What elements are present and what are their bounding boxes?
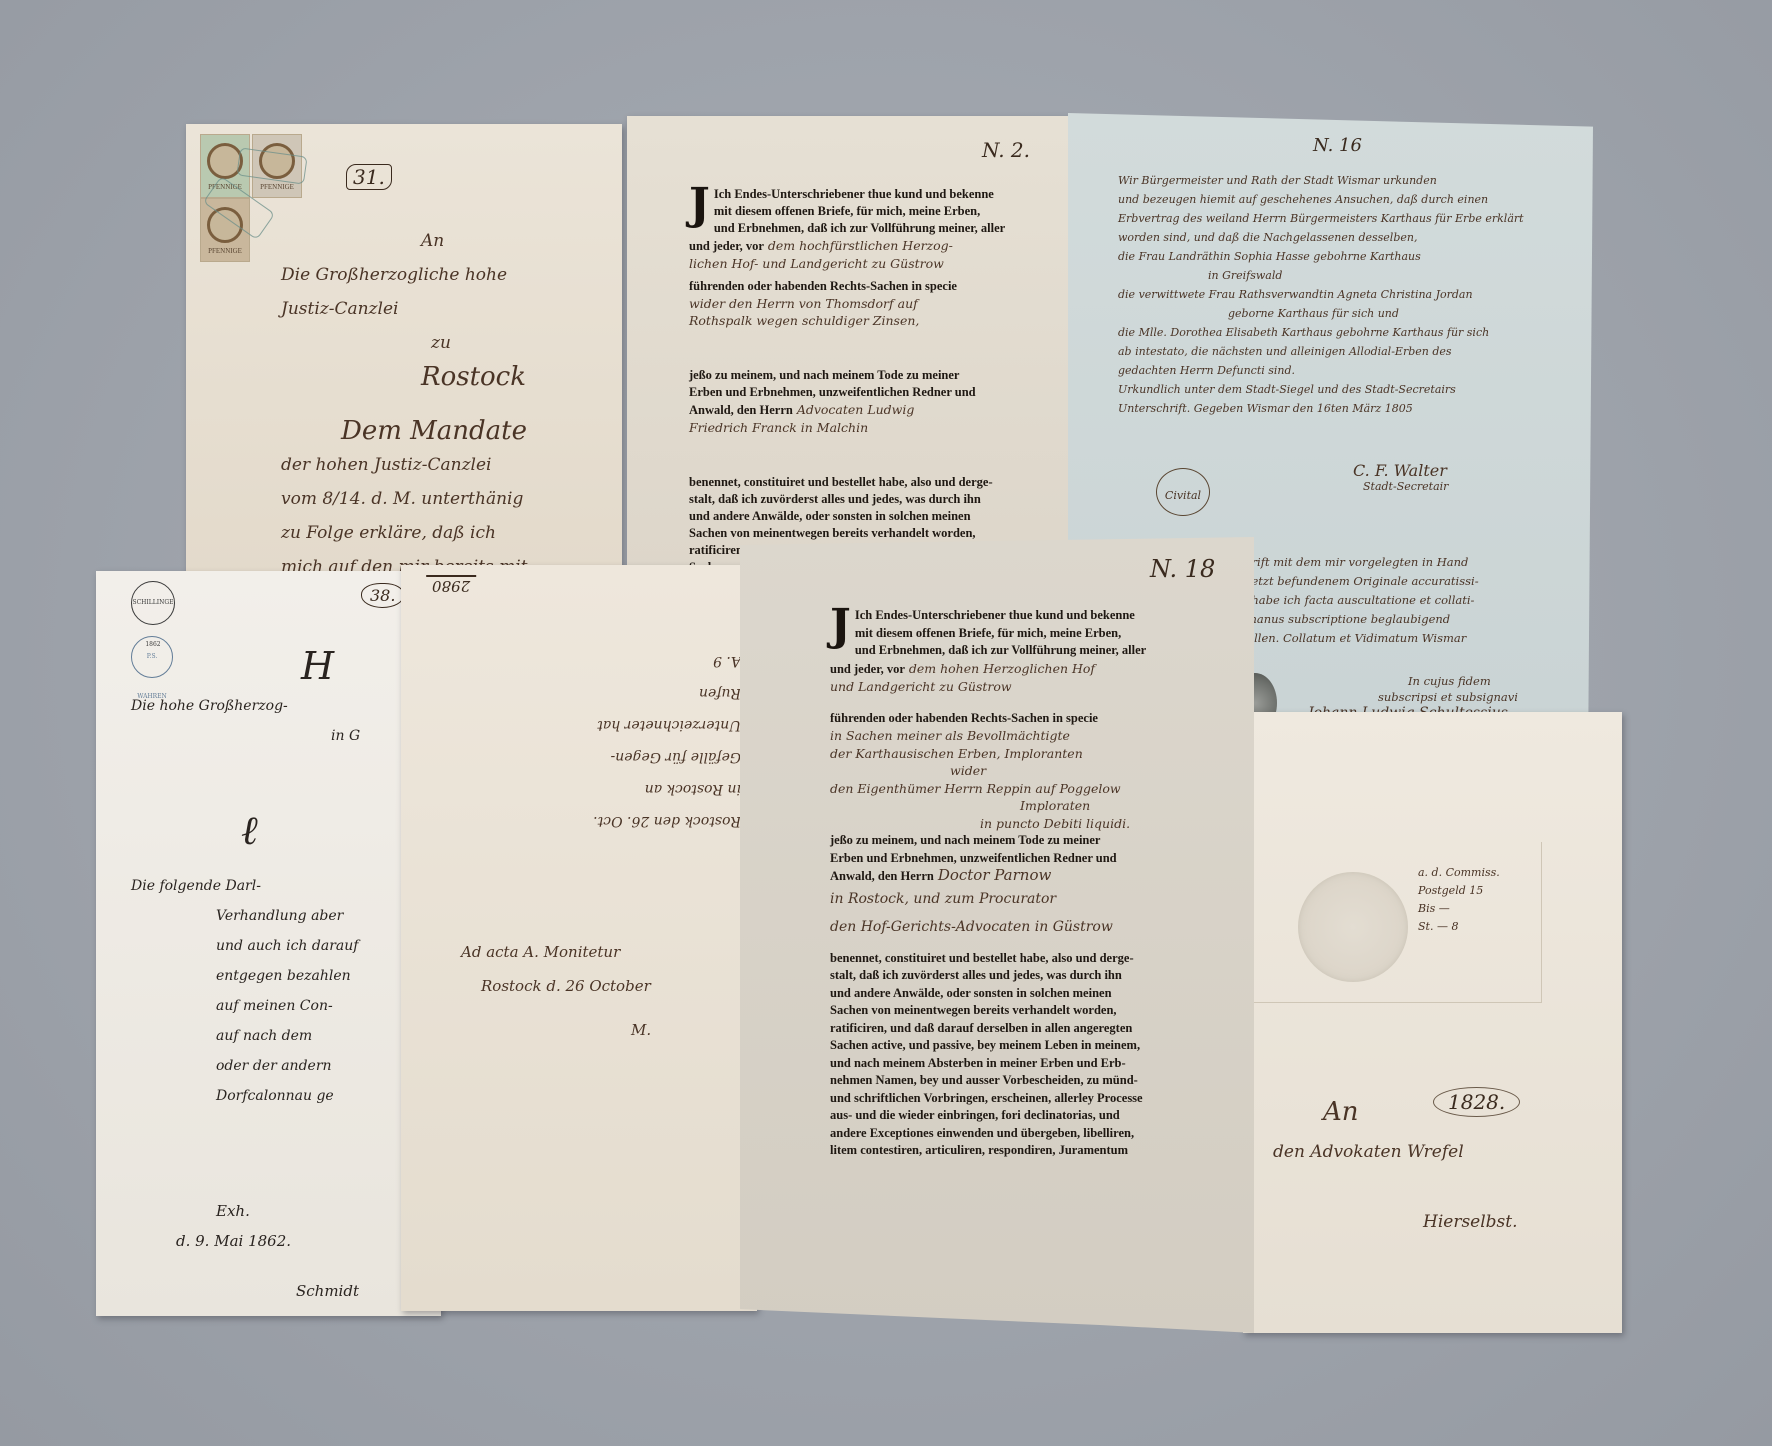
postmark-schillinge: SCHILLINGE 1862 bbox=[131, 581, 175, 625]
document-number: 38. bbox=[361, 583, 404, 608]
handwritten-text: An Die Großherzogliche hohe Justiz-Canzl… bbox=[281, 224, 611, 574]
document-no18: N. 18 J Ich Endes-Unterschriebener thue … bbox=[740, 537, 1254, 1333]
signature: C. F. Walter Stadt-Secretair bbox=[1353, 461, 1448, 493]
drop-cap-icon: J bbox=[830, 607, 851, 645]
embossed-seal bbox=[1298, 872, 1408, 982]
handwritten-annotation: Ad acta A. Monitetur Rostock d. 26 Octob… bbox=[461, 935, 651, 1047]
printed-form: J Ich Endes-Unterschriebener thue kund u… bbox=[830, 607, 1170, 1160]
postage-note: a. d. Commiss. Postgeld 15 Bis — St. — 8 bbox=[1418, 864, 1500, 936]
document-number: N. 2. bbox=[982, 138, 1030, 162]
document-38: SCHILLINGE 1862 P.S. WAHREN 38. H Die ho… bbox=[96, 571, 441, 1316]
document-number: 31. bbox=[346, 164, 392, 190]
document-2980: 2980 Rostock den 26. Oct. in Rostock an … bbox=[401, 565, 757, 1311]
document-31: PFENNIGE PFENNIGE PFENNIGE 31. An Die Gr… bbox=[186, 124, 622, 574]
document-1828: a. d. Commiss. Postgeld 15 Bis — St. — 8… bbox=[1243, 712, 1622, 1333]
document-no2: N. 2. J Ich Endes-Unterschriebener thue … bbox=[627, 116, 1074, 576]
handwritten-text: Wir Bürgermeister und Rath der Stadt Wis… bbox=[1118, 171, 1578, 418]
document-number: N. 16 bbox=[1313, 135, 1362, 156]
document-number: N. 18 bbox=[1150, 555, 1215, 583]
drop-cap-icon: J bbox=[689, 186, 710, 224]
printed-form: J Ich Endes-Unterschriebener thue kund u… bbox=[689, 186, 1029, 576]
address-label: a. d. Commiss. Postgeld 15 Bis — St. — 8 bbox=[1243, 842, 1542, 1003]
seal-mark: Civital bbox=[1156, 468, 1210, 516]
exhibit-footer: Exh. d. 9. Mai 1862. Schmidt bbox=[176, 1196, 359, 1306]
upside-down-text: Rostock den 26. Oct. in Rostock an Gefäl… bbox=[441, 645, 741, 837]
document-number: 2980 bbox=[426, 575, 476, 595]
handwritten-text: H Die hohe Großherzog- in G ℓ Die folgen… bbox=[131, 641, 441, 1111]
handwritten-address: An den Advokaten Wrefel Hierselbst. bbox=[1273, 1092, 1518, 1242]
